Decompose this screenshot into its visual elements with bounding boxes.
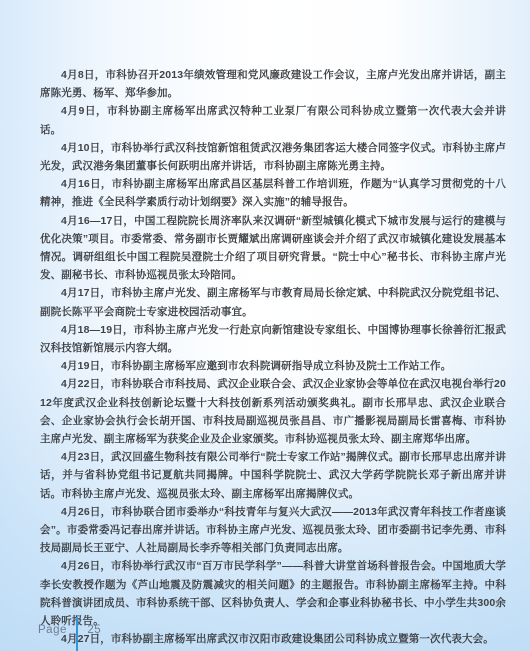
chronicle-paragraph: 4月23日，武汉回盛生物科技有限公司举行“院士专家工作站”揭牌仪式。副市长邢早忠… — [40, 448, 506, 503]
chronicle-paragraph: 4月9日，市科协副主席杨军出席武汉特种工业泵厂有限公司科协成立暨第一次代表大会并… — [40, 102, 506, 138]
chronicle-paragraph: 4月27日，市科协副主席杨军出席武汉市汉阳市政建设集团公司科协成立暨第一次代表大… — [40, 630, 506, 648]
page-footer: Page 25 — [38, 617, 101, 651]
chronicle-paragraph: 4月16日，市科协副主席杨军出席武昌区基层科普工作培训班，作题为“认真学习贯彻党… — [40, 175, 506, 211]
footer-page-label: Page — [38, 624, 76, 636]
chronicle-paragraph: 4月18—19日，市科协主席卢光发一行赴京向新馆建设专家组长、中国博协理事长徐善… — [40, 321, 506, 357]
chronicle-paragraph: 4月26日，市科协联合团市委举办“科技青年与复兴大武汉——2013年武汉青年科技… — [40, 503, 506, 558]
chronicle-paragraph: 4月10日，市科协举行武汉科技馆新馆租赁武汉港务集团客运大楼合同签字仪式。市科协… — [40, 139, 506, 175]
chronicle-paragraph: 4月19日，市科协副主席杨军应邀到市农科院调研指导成立科协及院士工作站工作。 — [40, 357, 506, 375]
footer-page-number: 25 — [78, 624, 101, 636]
chronicle-paragraph: 4月16—17日，中国工程院院长周济率队来汉调研“新型城镇化模式下城市发展与运行… — [40, 212, 506, 285]
chronicle-paragraph: 4月17日，市科协主席卢光发、副主席杨军与市教育局局长徐定斌、中科院武汉分院党组… — [40, 284, 506, 320]
chronicle-paragraph: 4月22日，市科协联合市科技局、武汉企业联合会、武汉企业家协会等单位在武汉电视台… — [40, 375, 506, 448]
chronicle-paragraph: 4月8日，市科协召开2013年绩效管理和党风廉政建设工作会议，主席卢光发出席并讲… — [40, 66, 506, 102]
chronicle-paragraph: 4月26日，市科协举行武汉市“百万市民学科学”——科普大讲堂首场科普报告会。中国… — [40, 557, 506, 630]
document-page: 4月8日，市科协召开2013年绩效管理和党风廉政建设工作会议，主席卢光发出席并讲… — [0, 0, 530, 651]
chronicle-text-block: 4月8日，市科协召开2013年绩效管理和党风廉政建设工作会议，主席卢光发出席并讲… — [40, 66, 506, 649]
